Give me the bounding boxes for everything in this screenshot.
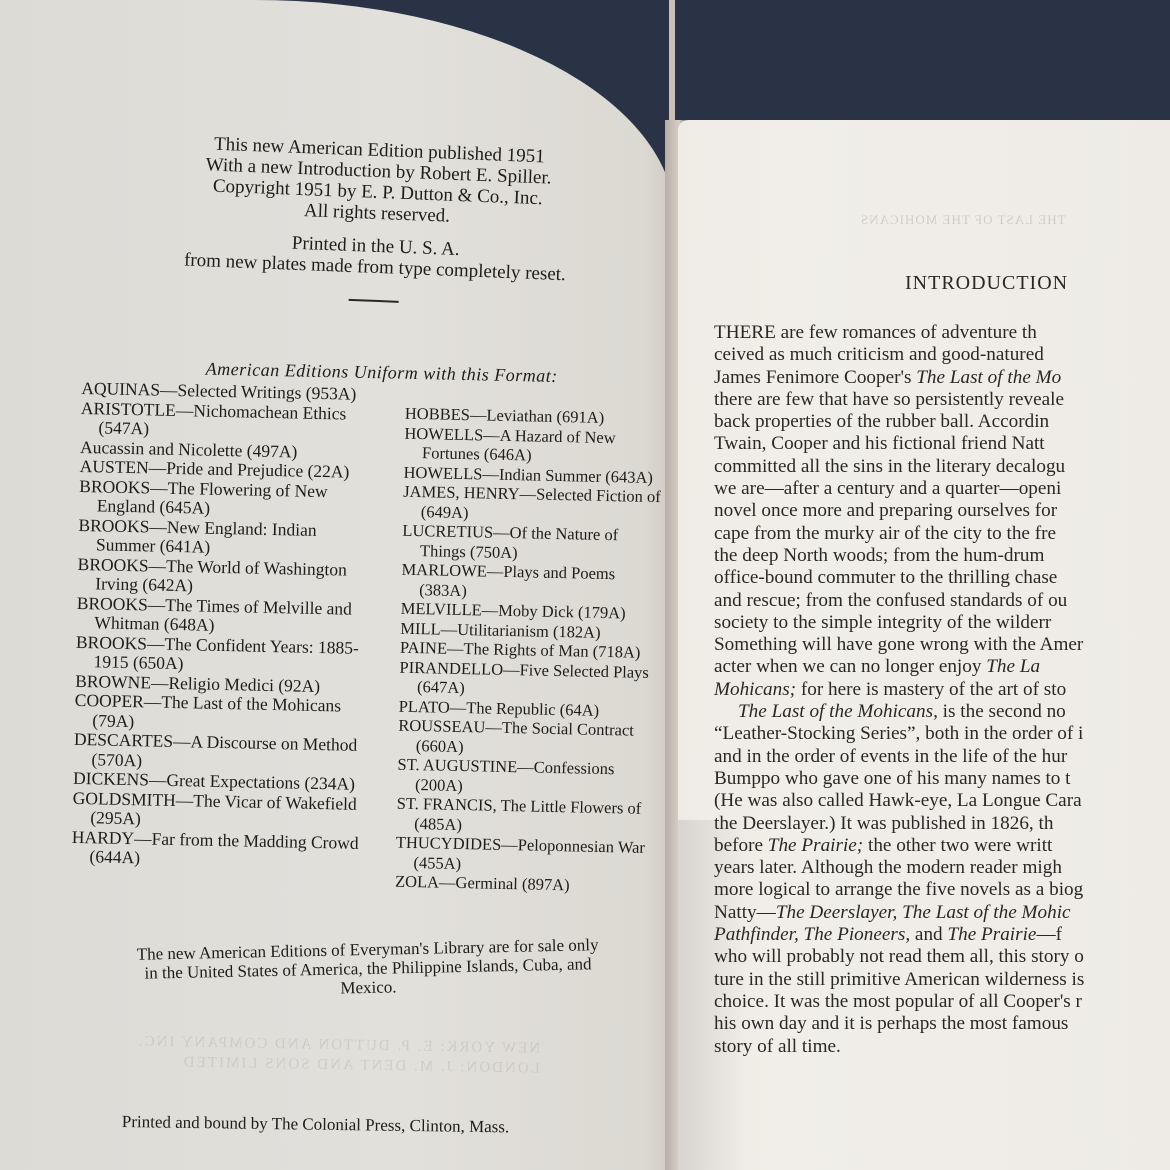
catalog-entry: ARISTOTLE—Nichomachean Ethics (547A): [80, 398, 371, 443]
uniform-editions-catalog: American Editions Uniform with this Form…: [71, 356, 682, 897]
catalog-entry: BROOKS—New England: Indian Summer (641A): [78, 515, 369, 560]
body-line: more logical to arrange the five novels …: [714, 879, 1170, 901]
body-line: committed all the sins in the literary d…: [714, 456, 1170, 478]
body-line: novel once more and preparing ourselves …: [714, 500, 1170, 522]
body-line: ture in the still primitive American wil…: [714, 969, 1170, 991]
catalog-entry: BROOKS—The Confident Years: 1885-1915 (6…: [75, 632, 366, 677]
body-line: office-bound commuter to the thrilling c…: [714, 567, 1170, 589]
body-line: and in the order of events in the life o…: [714, 746, 1170, 768]
catalog-entry: BROOKS—The Flowering of New England (645…: [79, 476, 370, 521]
divider-rule: [349, 299, 399, 302]
catalog-entry: JAMES, HENRY—Selected Fiction of (649A): [403, 482, 669, 527]
body-line: back properties of the rubber ball. Acco…: [714, 411, 1170, 433]
body-line: story of all time.: [714, 1036, 1170, 1058]
body-line: who will probably not read them all, thi…: [714, 946, 1170, 968]
body-line: Mohicans; for here is mastery of the art…: [714, 679, 1170, 701]
catalog-entry: LUCRETIUS—Of the Nature of Things (750A): [402, 521, 668, 566]
catalog-entry: ST. FRANCIS, The Little Flowers of (485A…: [396, 794, 662, 839]
catalog-column-right: HOBBES—Leviathan (691A)HOWELLS—A Hazard …: [395, 404, 670, 897]
catalog-entry: ST. AUGUSTINE—Confessions (200A): [397, 755, 663, 800]
body-line: acter when we can no longer enjoy The La: [714, 656, 1170, 678]
body-line: Bumppo who gave one of his many names to…: [714, 768, 1170, 790]
body-line: Natty—The Deerslayer, The Last of the Mo…: [714, 902, 1170, 924]
catalog-entry: HOWELLS—A Hazard of New Fortunes (646A): [404, 423, 670, 468]
body-line: The Last of the Mohicans, is the second …: [714, 701, 1170, 723]
body-line: “Leather-Stocking Series”, both in the o…: [714, 723, 1170, 745]
catalog-entry: GOLDSMITH—The Vicar of Wakefield (295A): [72, 788, 363, 833]
body-line: (He was also called Hawk-eye, La Longue …: [714, 790, 1170, 812]
catalog-entry: BROOKS—The World of Washington Irving (6…: [77, 554, 368, 599]
bleed-through-heading: THE LAST OF THE MOHICANS: [860, 212, 1066, 228]
body-line: there are few that have so persistently …: [714, 389, 1170, 411]
body-line: before The Prairie; the other two were w…: [714, 835, 1170, 857]
catalog-entry: PIRANDELLO—Five Selected Plays (647A): [399, 657, 665, 702]
body-line: Pathfinder, The Pioneers, and The Prairi…: [714, 924, 1170, 946]
bleed-through-text: NEW YORK: E. P. DUTTON AND COMPANY INC.L…: [120, 1031, 541, 1078]
body-line: and rescue; from the confused standards …: [714, 590, 1170, 612]
body-line: THERE are few romances of adventure th: [714, 322, 1170, 344]
body-line: his own day and it is perhaps the most f…: [714, 1013, 1170, 1035]
catalog-column-left: AQUINAS—Selected Writings (953A)ARISTOTL…: [71, 379, 372, 890]
sale-restriction-note: The new American Editions of Everyman's …: [80, 934, 656, 1003]
body-line: society to the simple integrity of the w…: [714, 612, 1170, 634]
catalog-entry: ROUSSEAU—The Social Contract (660A): [398, 716, 664, 761]
body-line: James Fenimore Cooper's The Last of the …: [714, 367, 1170, 389]
catalog-entry: THUCYDIDES—Peloponnesian War (455A): [395, 833, 661, 878]
body-line: the deep North woods; from the hum-drum: [714, 545, 1170, 567]
body-line: the Deerslayer.) It was published in 182…: [714, 813, 1170, 835]
body-line: ceived as much criticism and good-nature…: [714, 344, 1170, 366]
body-line: we are—after a century and a quarter—ope…: [714, 478, 1170, 500]
introduction-body: THERE are few romances of adventure thce…: [714, 322, 1170, 1058]
body-line: Twain, Cooper and his fictional friend N…: [714, 433, 1170, 455]
introduction-heading: INTRODUCTION: [905, 272, 1068, 295]
catalog-entry: HARDY—Far from the Madding Crowd (644A): [71, 827, 362, 872]
body-line: years later. Although the modern reader …: [714, 857, 1170, 879]
copyright-imprint: This new American Edition published 1951…: [113, 130, 639, 321]
catalog-entry: BROOKS—The Times of Melville and Whitman…: [76, 593, 367, 638]
body-line: choice. It was the most popular of all C…: [714, 991, 1170, 1013]
catalog-entry: MARLOWE—Plays and Poems (383A): [401, 560, 667, 605]
body-line: Something will have gone wrong with the …: [714, 634, 1170, 656]
body-line: cape from the murky air of the city to t…: [714, 523, 1170, 545]
